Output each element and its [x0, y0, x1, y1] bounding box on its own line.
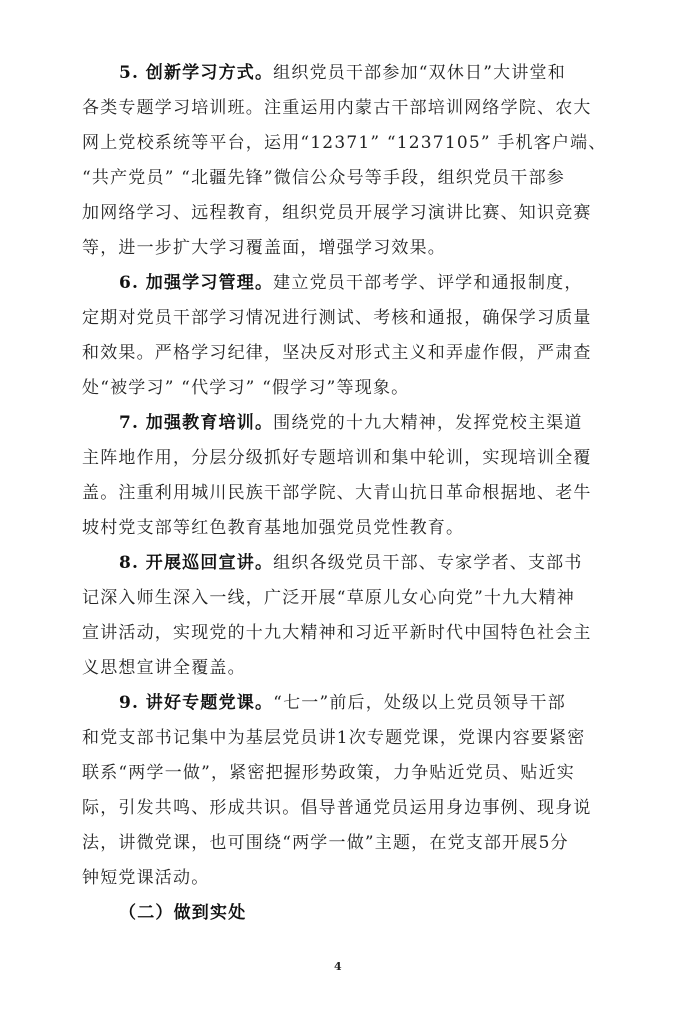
paragraph-line: 义思想宣讲全覆盖。	[82, 651, 598, 686]
paragraph-line: “共产党员” “北疆先锋”微信公众号等手段，组织党员干部参	[82, 161, 598, 196]
paragraph-line: 等，进一步扩大学习覆盖面，增强学习效果。	[82, 231, 598, 266]
paragraph-line: 盖。注重利用城川民族干部学院、大青山抗日革命根据地、老牛	[82, 476, 598, 511]
paragraph-6-line-1: 6. 加强学习管理。建立党员干部考学、评学和通报制度，	[82, 266, 598, 301]
item-title: 讲好专题党课。	[146, 693, 273, 713]
document-body: 5. 创新学习方式。组织党员干部参加“双休日”大讲堂和 各类专题学习培训班。注重…	[82, 56, 598, 931]
section-heading: （二）做到实处	[82, 896, 598, 931]
paragraph-line: 处“被学习” “代学习” “假学习”等现象。	[82, 371, 598, 406]
paragraph-line: 联系“两学一做”，紧密把握形势政策，力争贴近党员、贴近实	[82, 756, 598, 791]
paragraph-8-line-1: 8. 开展巡回宣讲。组织各级党员干部、专家学者、支部书	[82, 546, 598, 581]
paragraph-line: 宣讲活动，实现党的十九大精神和习近平新时代中国特色社会主	[82, 616, 598, 651]
paragraph-line: 记深入师生深入一线，广泛开展“草原儿女心向党”十九大精神	[82, 581, 598, 616]
document-page: 5. 创新学习方式。组织党员干部参加“双休日”大讲堂和 各类专题学习培训班。注重…	[0, 0, 688, 1016]
page-number: 4	[334, 960, 342, 973]
item-number: 8.	[119, 553, 139, 573]
item-title: 创新学习方式。	[146, 63, 273, 83]
paragraph-line: 法，讲微党课，也可围绕“两学一做”主题，在党支部开展5分	[82, 826, 598, 861]
paragraph-line: 和党支部书记集中为基层党员讲1次专题党课，党课内容要紧密	[82, 721, 598, 756]
paragraph-7-line-1: 7. 加强教育培训。围绕党的十九大精神，发挥党校主渠道	[82, 406, 598, 441]
item-number: 5.	[119, 63, 139, 83]
paragraph-line: 网上党校系统等平台，运用“12371” “1237105” 手机客户端、	[82, 126, 598, 161]
paragraph-text: 组织党员干部参加“双休日”大讲堂和	[273, 63, 566, 83]
item-number: 7.	[119, 413, 139, 433]
paragraph-line: 各类专题学习培训班。注重运用内蒙古干部培训网络学院、农大	[82, 91, 598, 126]
paragraph-line: 加网络学习、远程教育，组织党员开展学习演讲比赛、知识竞赛	[82, 196, 598, 231]
paragraph-text: 组织各级党员干部、专家学者、支部书	[273, 553, 582, 573]
paragraph-line: 定期对党员干部学习情况进行测试、考核和通报，确保学习质量	[82, 301, 598, 336]
item-title: 开展巡回宣讲。	[146, 553, 273, 573]
paragraph-line: 坡村党支部等红色教育基地加强党员党性教育。	[82, 511, 598, 546]
paragraph-5-line-1: 5. 创新学习方式。组织党员干部参加“双休日”大讲堂和	[82, 56, 598, 91]
paragraph-line: 际，引发共鸣、形成共识。倡导普通党员运用身边事例、现身说	[82, 791, 598, 826]
paragraph-line: 和效果。严格学习纪律，坚决反对形式主义和弄虚作假，严肃查	[82, 336, 598, 371]
paragraph-line: 钟短党课活动。	[82, 861, 598, 896]
paragraph-9-line-1: 9. 讲好专题党课。“七一”前后，处级以上党员领导干部	[82, 686, 598, 721]
paragraph-line: 主阵地作用，分层分级抓好专题培训和集中轮训，实现培训全覆	[82, 441, 598, 476]
paragraph-text: 建立党员干部考学、评学和通报制度，	[273, 273, 582, 293]
item-title: 加强学习管理。	[146, 273, 273, 293]
paragraph-text: 围绕党的十九大精神，发挥党校主渠道	[273, 413, 582, 433]
item-number: 6.	[119, 273, 139, 293]
item-title: 加强教育培训。	[146, 413, 273, 433]
item-number: 9.	[119, 693, 139, 713]
paragraph-text: “七一”前后，处级以上党员领导干部	[273, 693, 566, 713]
